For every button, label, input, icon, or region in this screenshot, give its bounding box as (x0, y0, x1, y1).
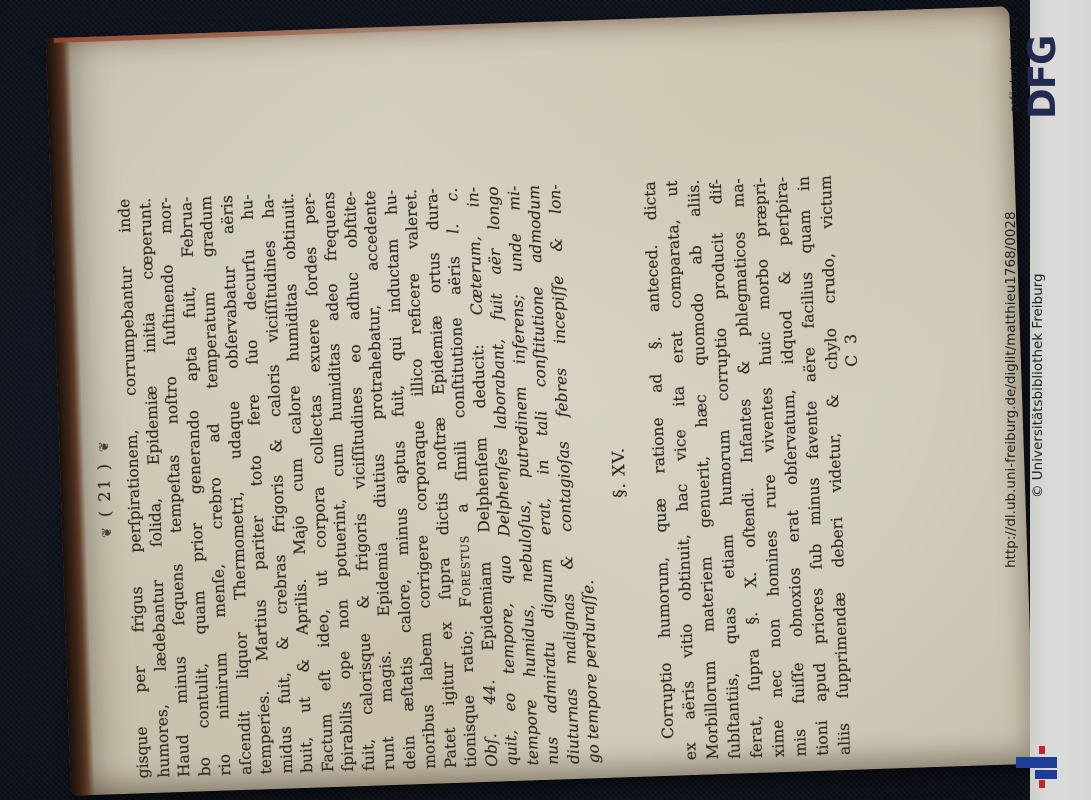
fleuron-icon: ❦ (100, 517, 116, 548)
scanned-book-page: ❦( 21 )❦ gisque per frigus perſpiratione… (46, 6, 1035, 796)
section-heading: §. XV. (599, 172, 638, 772)
logo-bar-short (1035, 770, 1057, 779)
document-url: http://dl.ub.uni-freiburg.de/diglit/matt… (1003, 178, 1019, 568)
digitization-margin-strip: gefördert durch die DFG http://dl.ub.uni… (1030, 0, 1091, 800)
paragraph-2: Corruptio humorum, quæ ratione ad §. ant… (638, 165, 856, 771)
logo-dot-bottom (1039, 780, 1045, 788)
paragraph-1: gisque per frigus perſpirationem, corrum… (114, 173, 605, 788)
ub-freiburg-logo (1030, 0, 1091, 800)
logo-bar-long (1016, 757, 1057, 768)
page-number: ( 21 ) (94, 462, 115, 518)
logo-dot-top (1039, 746, 1045, 754)
page-content-rotated: ❦( 21 )❦ gisque per frigus perſpiratione… (81, 164, 880, 790)
dfg-funding-caption: gefördert durch die (1009, 12, 1020, 112)
fleuron-icon: ❦ (97, 431, 113, 462)
scan-viewer: ❦( 21 )❦ gisque per frigus perſpiratione… (0, 0, 1091, 800)
